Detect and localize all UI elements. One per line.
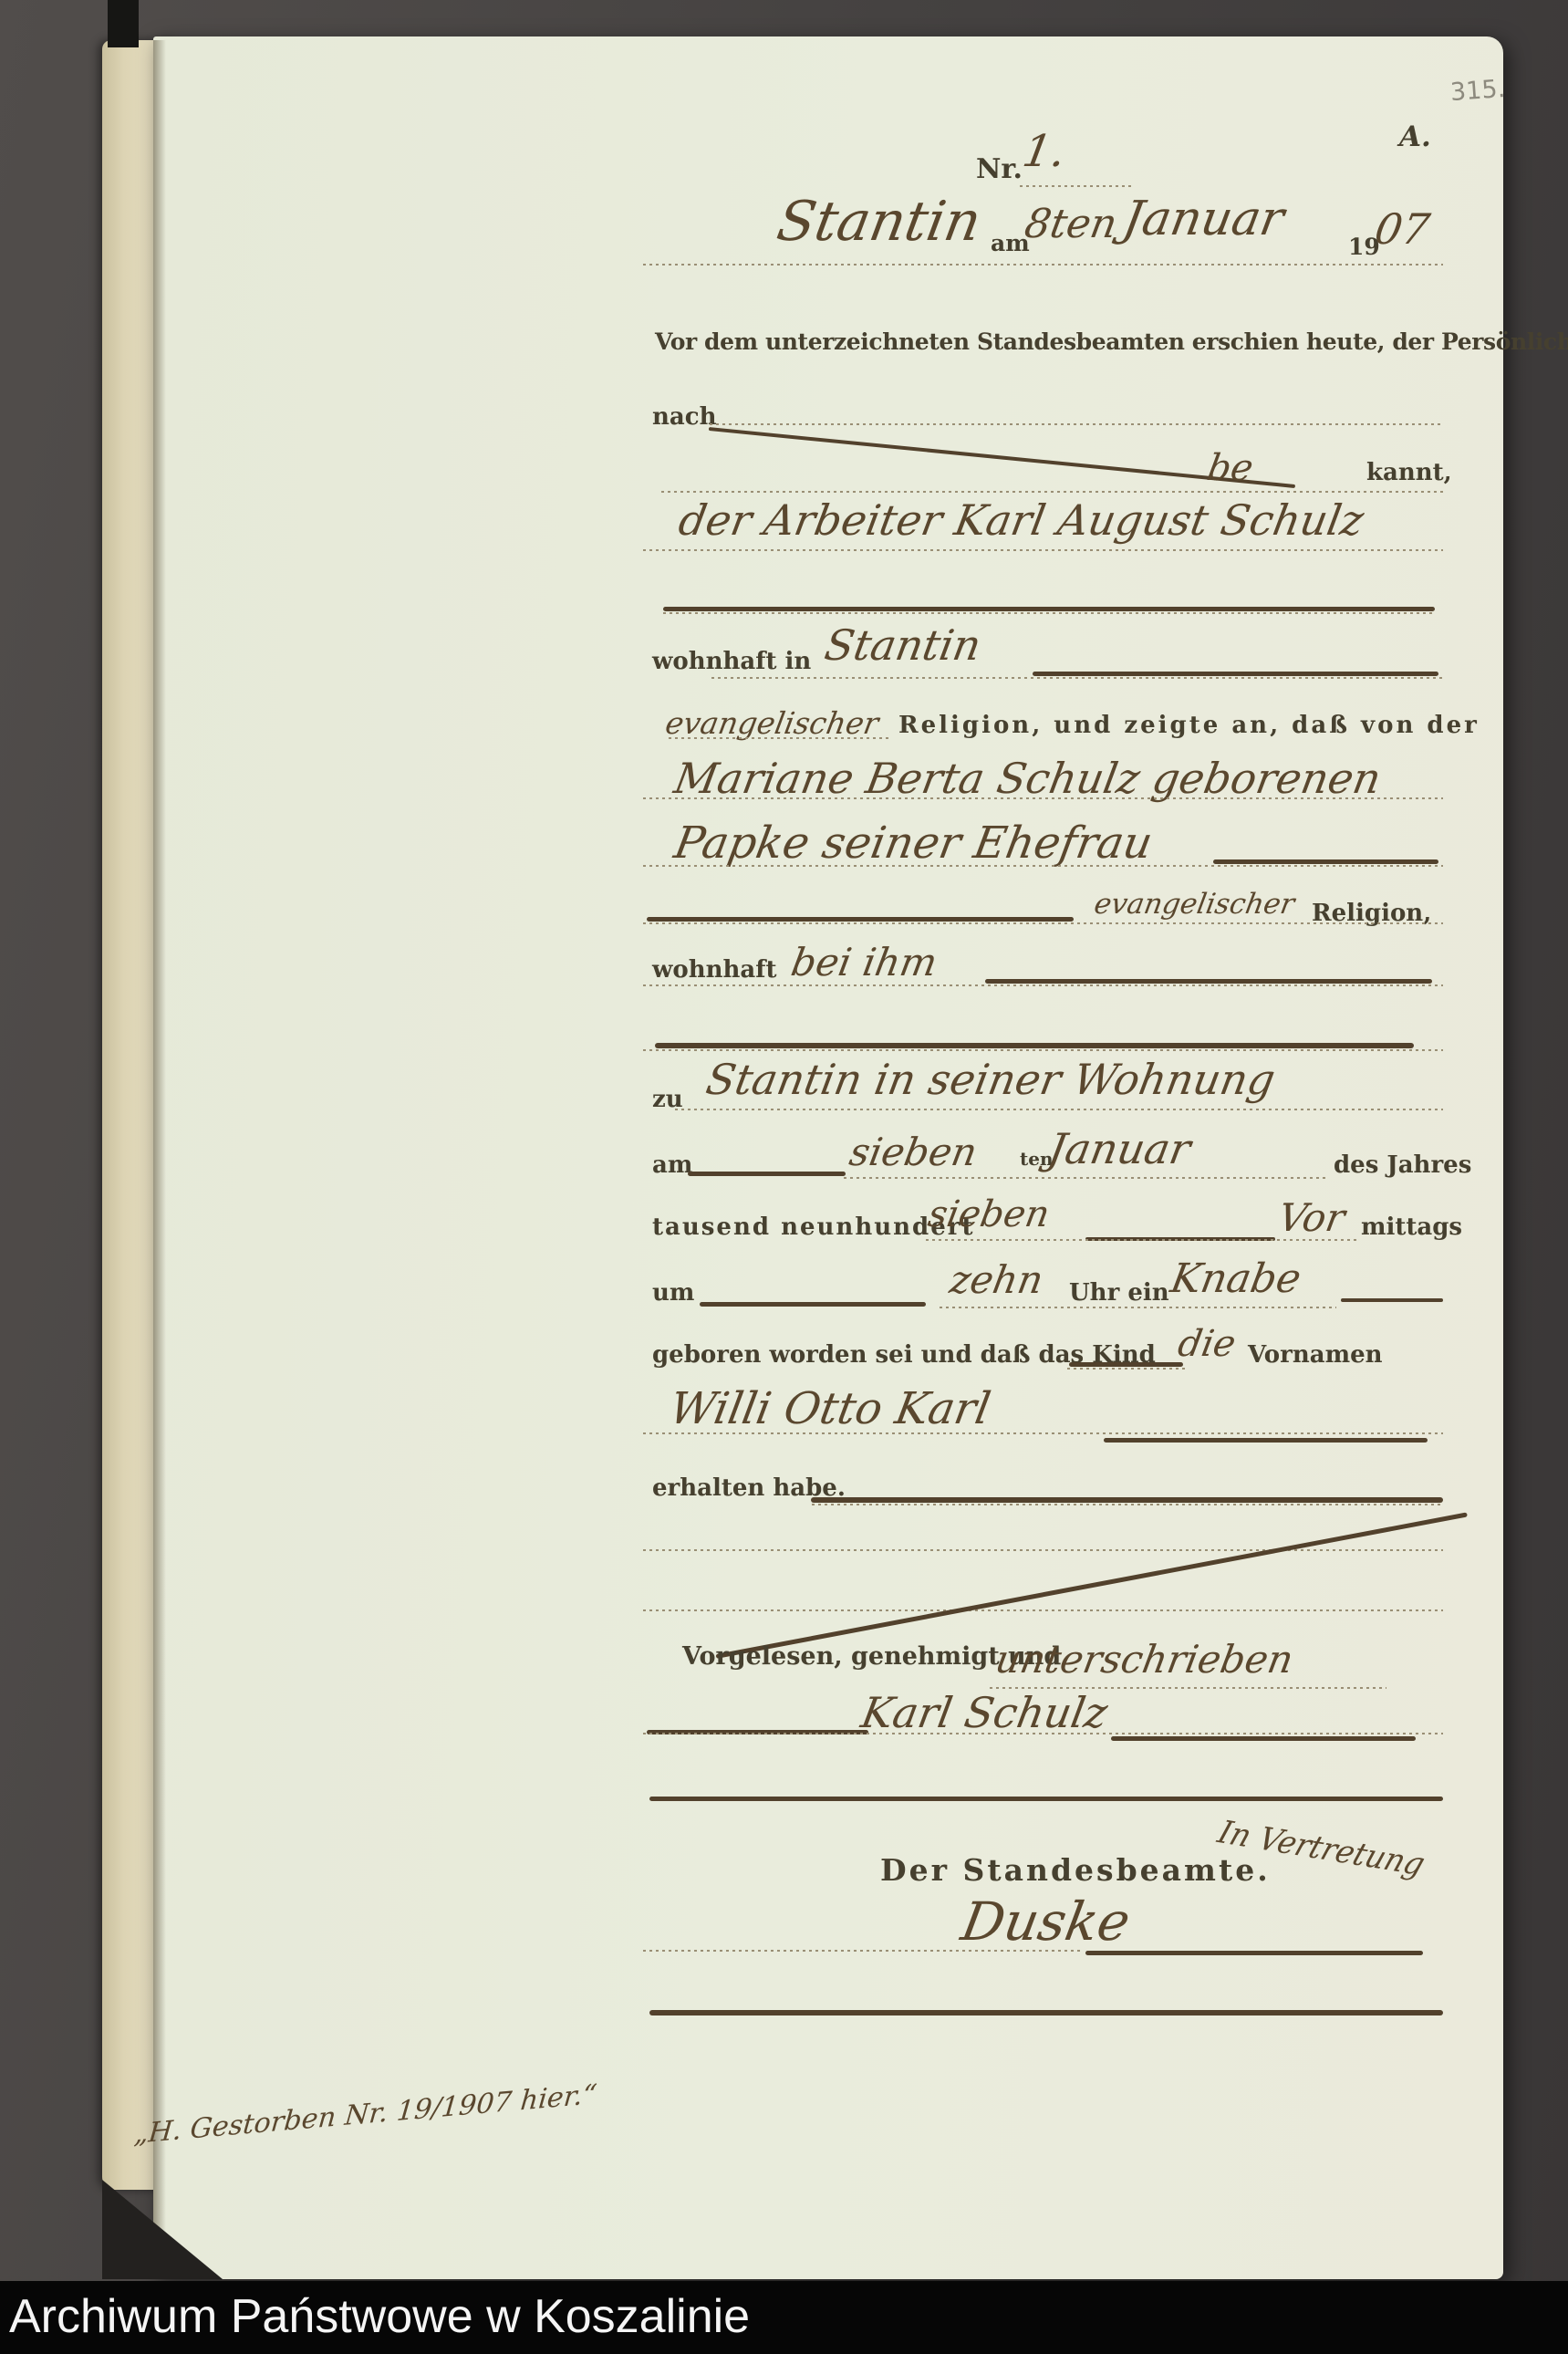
- mother-stroke: [1213, 859, 1438, 864]
- separator-stroke-2: [649, 2010, 1443, 2015]
- mother-name-line2: Papke seiner Ehefrau: [670, 818, 1157, 869]
- declarant-signature: Karl Schulz: [857, 1688, 1111, 1737]
- signature-stroke-right: [1111, 1736, 1416, 1741]
- religion2-stroke: [647, 917, 1074, 922]
- religion2-rule: [643, 922, 1443, 924]
- registrar-rule: [643, 1950, 1081, 1952]
- document-page: [153, 36, 1503, 2279]
- birth-date-rule: [844, 1177, 1327, 1179]
- mother-residence-stroke: [985, 979, 1432, 984]
- signature-rule: [643, 1733, 1443, 1734]
- religion1-rule: [669, 737, 892, 739]
- identity-rule: [661, 491, 1443, 493]
- des-jahres-label: des Jahres: [1334, 1151, 1471, 1179]
- given-names-rule: [643, 1432, 1443, 1434]
- nach-rule: [710, 423, 1443, 425]
- blank-rule-2: [643, 1049, 1443, 1051]
- erhalten-rule: [812, 1504, 1443, 1505]
- intro-sentence: Vor dem unterzeichneten Standesbeamten e…: [655, 328, 1568, 355]
- hour-rule: [940, 1307, 1336, 1308]
- record-number-line: [1020, 185, 1131, 187]
- dateline-place: Stantin: [773, 190, 986, 254]
- section-letter: A.: [1399, 120, 1431, 153]
- child-sex: Knabe: [1168, 1255, 1305, 1302]
- archive-footer-bar: Archiwum Państwowe w Koszalinie: [0, 2281, 1568, 2354]
- birth-place-rule: [675, 1109, 1443, 1110]
- wohnhaft-label: wohnhaft: [652, 956, 776, 984]
- dateline-rule: [643, 264, 1443, 266]
- registrar-stroke: [1085, 1951, 1423, 1955]
- residence-stroke: [1033, 672, 1438, 676]
- birth-place: Stantin in seiner Wohnung: [702, 1055, 1279, 1104]
- mittags-label: mittags: [1361, 1213, 1462, 1241]
- kind-rule: [1067, 1368, 1186, 1370]
- religion1-hand: evangelischer: [663, 705, 882, 741]
- record-number-label: Nr.: [976, 153, 1023, 185]
- religion2-hand: evangelischer: [1092, 888, 1297, 921]
- binding-tape: [108, 0, 139, 47]
- mother-residence-rule: [643, 984, 1443, 986]
- scanned-register-page: 315. A. Nr. 1. Stantin am 8ten Januar 19…: [0, 0, 1568, 2354]
- empty-rule-1: [643, 1549, 1443, 1551]
- birth-month: Januar: [1044, 1124, 1194, 1173]
- dateline-year-hand: 07: [1371, 204, 1433, 254]
- birth-day: sieben: [846, 1130, 981, 1174]
- empty-rule-2: [643, 1609, 1443, 1611]
- blank-filled-stroke-1: [663, 607, 1435, 611]
- vornamen-label: Vornamen: [1248, 1341, 1383, 1369]
- registrar-signature: Duske: [957, 1890, 1135, 1953]
- declarant-residence: Stantin: [821, 620, 984, 670]
- die-hand: die: [1175, 1323, 1239, 1365]
- religion1-print: Religion, und zeigte an, daß von der: [898, 712, 1480, 739]
- birth-year-rule: [926, 1239, 1359, 1241]
- archive-name: Archiwum Państwowe w Koszalinie: [9, 2281, 750, 2352]
- kind-stroke: [1069, 1362, 1183, 1367]
- um-label: um: [652, 1279, 694, 1307]
- identity-print-kannt: kannt,: [1366, 459, 1452, 486]
- mother-rule-1: [643, 797, 1443, 799]
- declarant-name: der Arbeiter Karl August Schulz: [675, 495, 1367, 545]
- birth-year-word: sieben: [925, 1193, 1053, 1235]
- gutter-crease: [153, 40, 166, 2274]
- mother-name-line1: Mariane Berta Schulz geborenen: [670, 754, 1385, 803]
- pencil-page-number: 315.: [1449, 75, 1506, 107]
- dateline-day: 8ten: [1022, 201, 1121, 247]
- blank-filled-stroke-2: [655, 1043, 1414, 1048]
- given-names-stroke: [1104, 1438, 1428, 1443]
- residence-rule: [711, 677, 1443, 679]
- blank-rule-1: [663, 612, 1435, 614]
- registrar-label: Der Standesbeamte.: [880, 1852, 1271, 1888]
- mother-residence: bei ihm: [788, 940, 940, 984]
- mother-rule-2: [643, 865, 1443, 867]
- separator-stroke-1: [649, 1797, 1443, 1801]
- birth-hour: zehn: [947, 1257, 1047, 1302]
- am2-label: am: [652, 1151, 692, 1179]
- vor-hand: Vor: [1275, 1195, 1348, 1240]
- erhalten-stroke: [811, 1497, 1443, 1503]
- closing-hand: unterschrieben: [992, 1637, 1297, 1682]
- given-names: Willi Otto Karl: [666, 1383, 994, 1434]
- declarant-rule: [643, 549, 1443, 551]
- sex-stroke: [1341, 1298, 1443, 1302]
- hour-stroke: [700, 1302, 926, 1307]
- birth-day-stroke: [688, 1172, 846, 1176]
- dateline-month: Januar: [1119, 192, 1288, 246]
- identity-hand-be: be: [1204, 447, 1256, 489]
- wohnhaft-in-label: wohnhaft in: [652, 648, 811, 675]
- nach-label: nach: [652, 403, 716, 431]
- uhr-ein-label: Uhr ein: [1069, 1279, 1169, 1307]
